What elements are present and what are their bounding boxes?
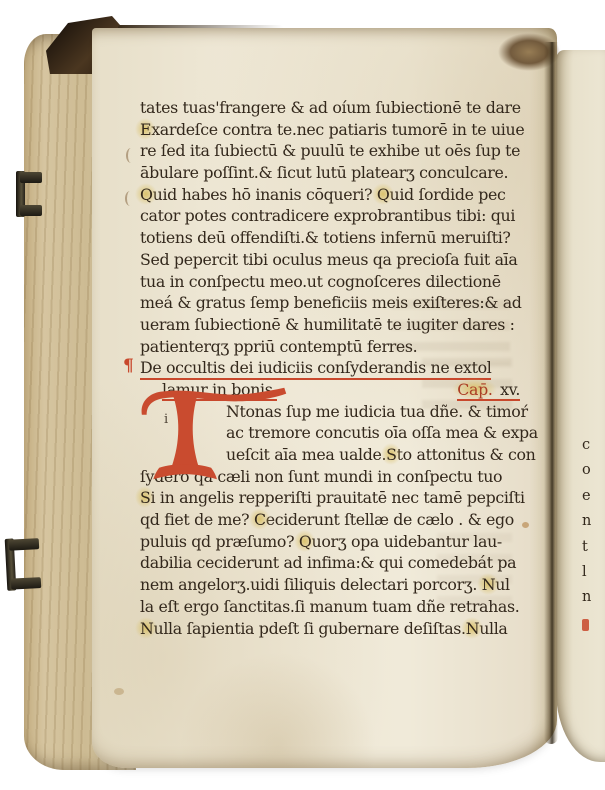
facing-page-sliver: coentln <box>556 50 605 762</box>
text-line: patienterqʒ ppriū contemptū ferres. <box>140 336 554 358</box>
cropped-letter: n <box>582 509 591 534</box>
clasp-prong <box>11 577 42 590</box>
chapter-heading-line: ¶De occultis dei iudiciis conſyderandis … <box>140 357 554 379</box>
text-line: Si in angelis repperiſti prauitatē nec t… <box>140 487 554 509</box>
text-line: nem angelorʒ.uidi ſiliquis delectari por… <box>140 574 554 596</box>
pilcrow-mark: ¶ <box>123 356 133 378</box>
text-line: Exardeſce contra te.nec patiaris tumorē … <box>140 119 554 141</box>
washed-capital: C <box>254 510 266 529</box>
rust-stain <box>114 688 124 695</box>
text-line: qd fiet de me? Ceciderunt ſtellæ de cælo… <box>140 509 554 531</box>
text-line: la eſt ergo ſanctitas.ſi manum tuam dñe … <box>140 596 554 618</box>
heading-text: De occultis dei iudiciis conſyderandis n… <box>140 358 491 380</box>
washed-capital: S <box>140 488 150 507</box>
clasp-prong <box>9 538 40 551</box>
guide-letter: i <box>164 412 168 427</box>
washed-capital: E <box>140 120 151 139</box>
book-page: tates tuas'frangere & ad oíum ſubiection… <box>92 28 557 768</box>
cropped-letter: e <box>582 484 591 509</box>
page-gutter <box>544 42 558 744</box>
chapter-label: Cap̄. <box>457 380 492 399</box>
washed-capital: N <box>482 575 495 594</box>
washed-capital: Q <box>299 532 312 551</box>
text-line: ueram ſubiectionē & humilitatē te iugite… <box>140 314 554 336</box>
text-line: tates tuas'frangere & ad oíum ſubiection… <box>140 97 554 119</box>
metal-clasp-top <box>16 171 42 217</box>
text-line: totiens deū offendiſti.& totiens infernū… <box>140 227 554 249</box>
text-line: meá & gratus ſemp beneficiis meis exiſte… <box>140 292 554 314</box>
cropped-letter: t <box>582 535 591 560</box>
text-line: Nulla ſapientia pdeſt ſi gubernare deſiſ… <box>140 618 554 640</box>
clasp-prong <box>20 172 42 183</box>
washed-capital: N <box>140 619 153 638</box>
metal-clasp-bottom <box>5 537 42 591</box>
cropped-letter: o <box>582 458 591 483</box>
chapter-caption: Cap̄. xv. <box>457 379 520 401</box>
text-line: cator potes contradicere exprobrantibus … <box>140 205 554 227</box>
washed-capital: N <box>466 619 479 638</box>
text-line: Quid habes hō inanis cōqueri? Quid ſordi… <box>140 184 554 206</box>
margin-mark <box>126 148 136 163</box>
margin-mark <box>125 191 135 206</box>
page-text-block: tates tuas'frangere & ad oíum ſubiection… <box>140 97 554 639</box>
cropped-letter: n <box>582 585 591 610</box>
text-line: dabilia ceciderunt ad infima:& qui comed… <box>140 552 554 574</box>
cropped-text-fragments: coentln <box>582 433 591 631</box>
text-line: tua in conſpectu meo.ut cognoſceres dile… <box>140 271 554 293</box>
cropped-letter: c <box>582 433 591 458</box>
chapter-number: xv. <box>493 380 520 399</box>
rubricated-initial-I <box>138 384 292 484</box>
text-line: ābulare poſſint.& ſicut lutū platearʒ co… <box>140 162 554 184</box>
washed-capital: Q <box>377 185 390 204</box>
red-ink-fragment <box>582 619 589 631</box>
washed-capital: Q <box>140 185 153 204</box>
washed-capital: S <box>386 445 396 464</box>
text-line: Sed pepercit tibi oculus meus qa precioſ… <box>140 249 554 271</box>
clasp-prong <box>20 205 42 216</box>
text-line: puluis qd præſumo? Quorʒ opa uidebantur … <box>140 531 554 553</box>
text-line: re ſed ita ſubiectū & puulū te exhibe ut… <box>140 140 554 162</box>
cropped-letter: l <box>582 560 591 585</box>
